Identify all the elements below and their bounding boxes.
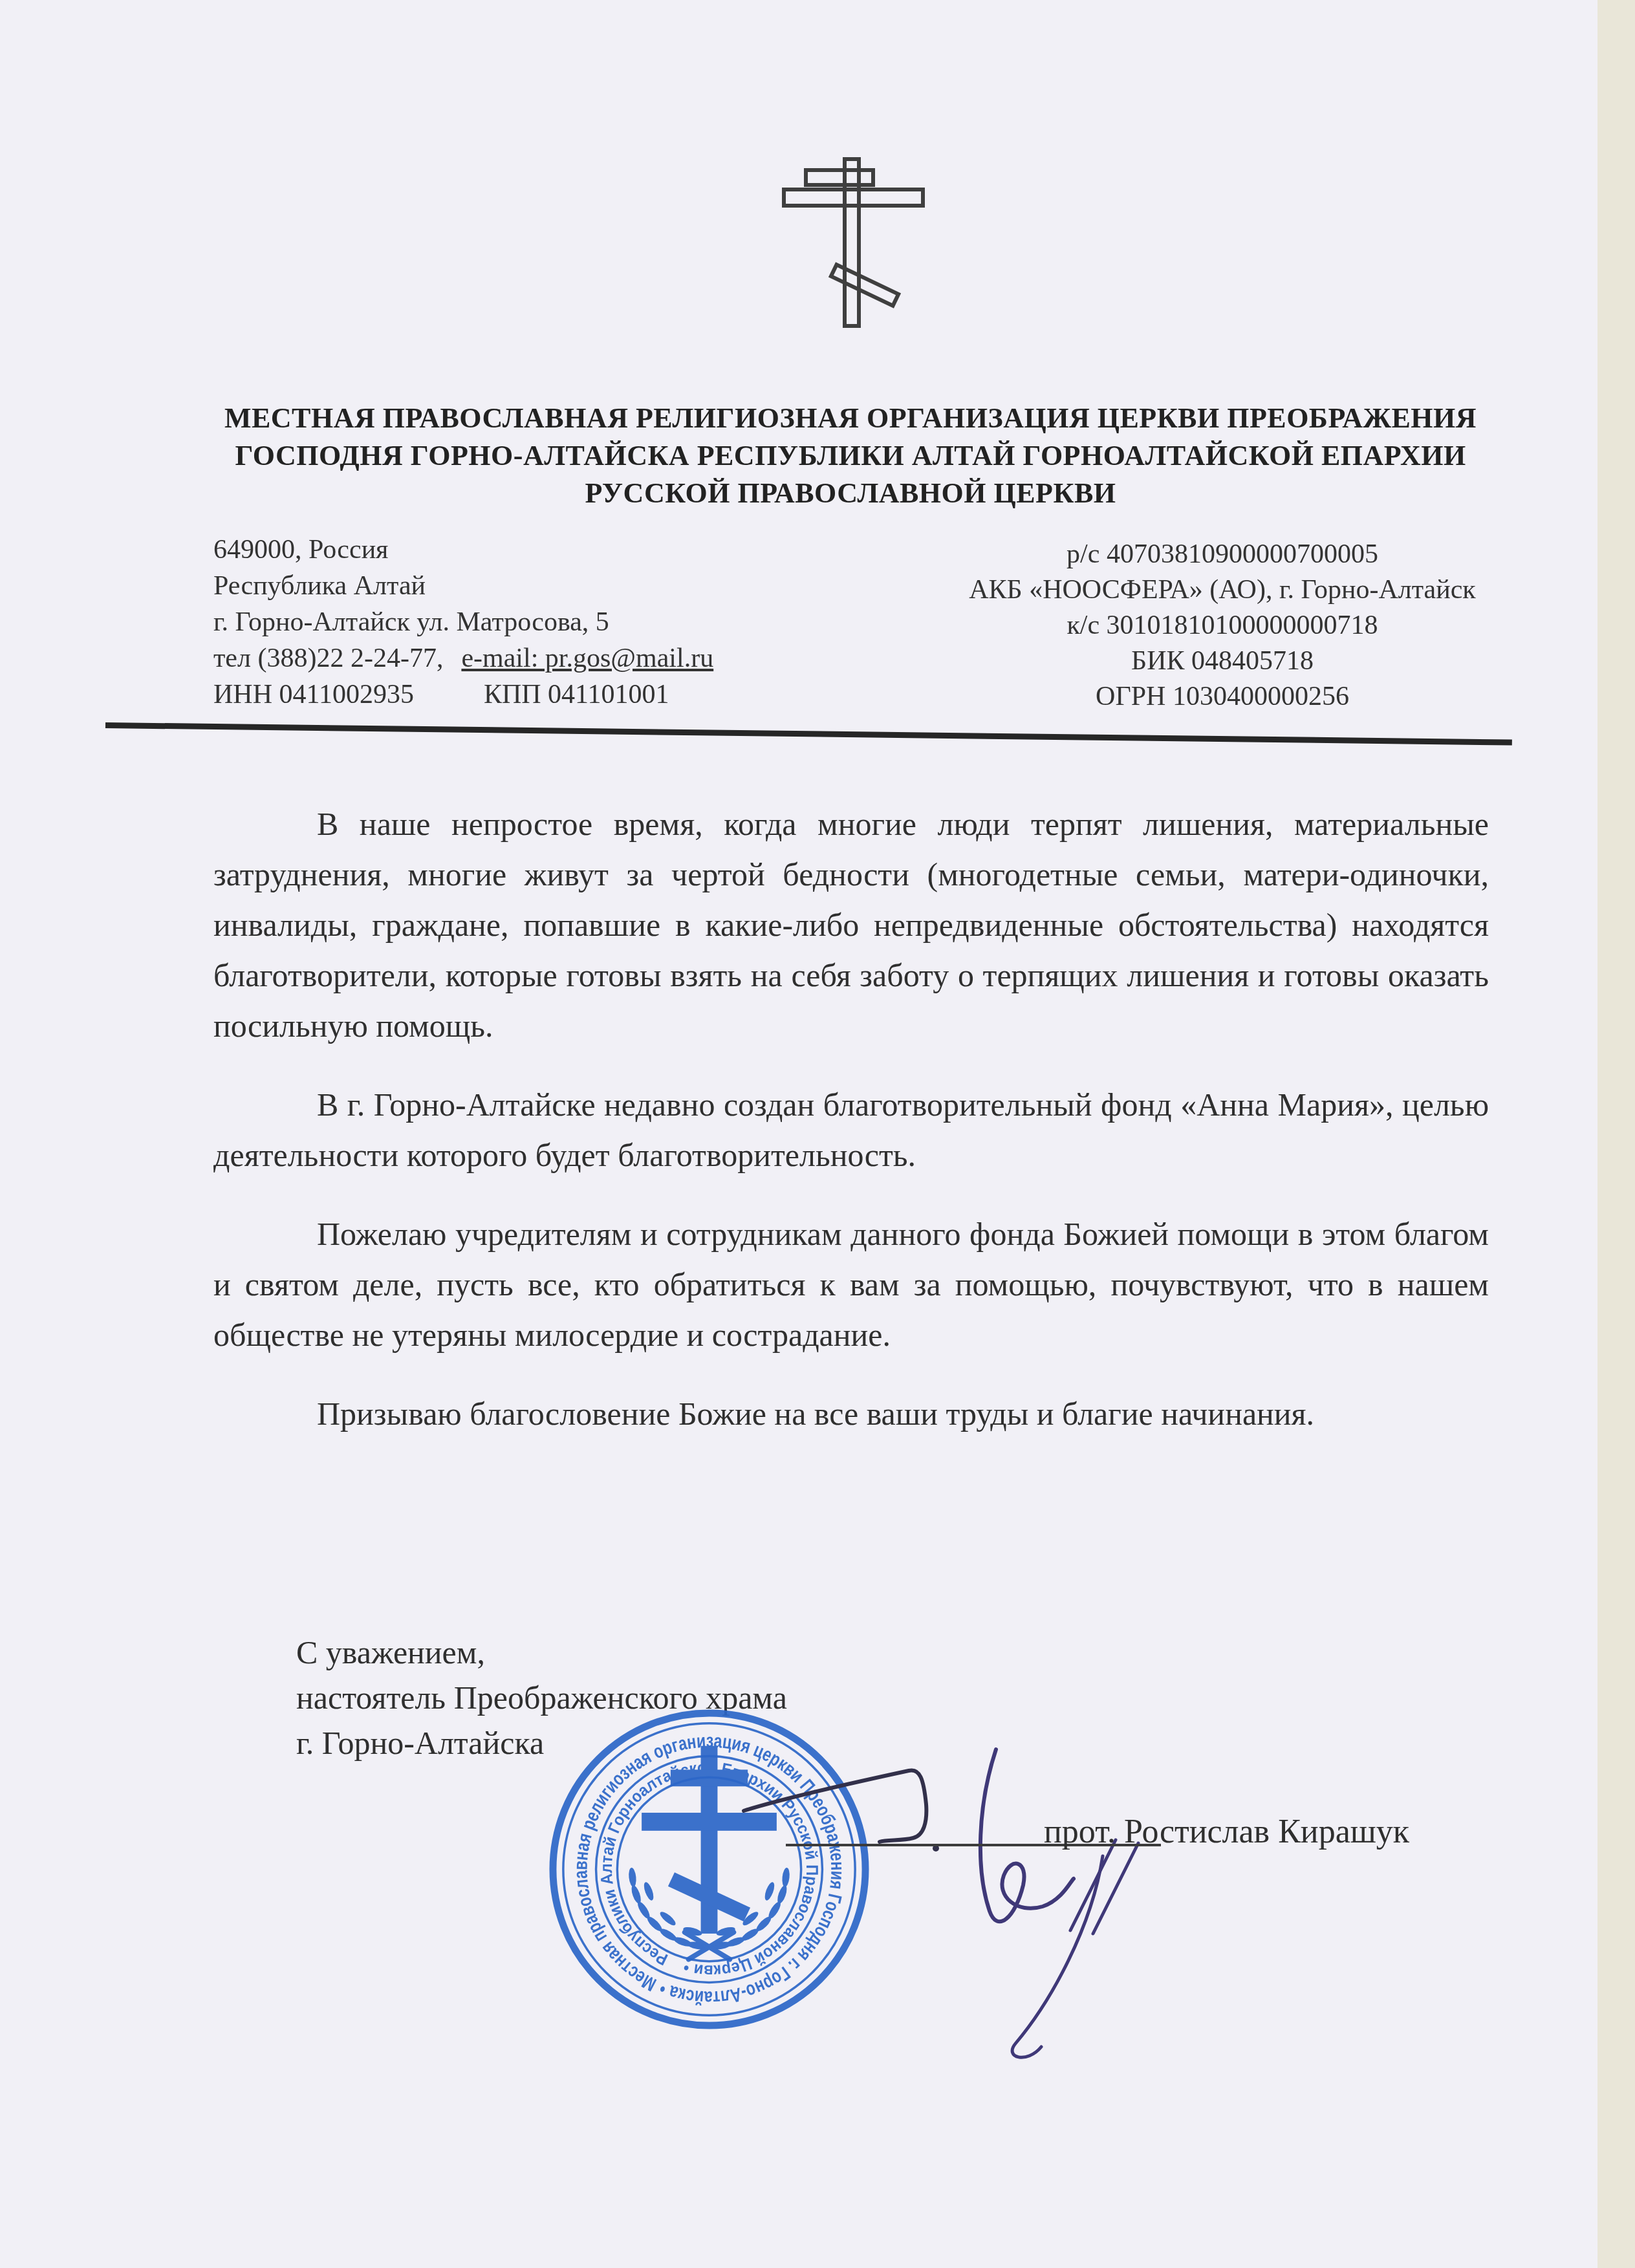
postal-code-line: 649000, Россия xyxy=(213,532,713,568)
org-title-line-1: МЕСТНАЯ ПРАВОСЛАВНАЯ РЕЛИГИОЗНАЯ ОРГАНИЗ… xyxy=(129,400,1572,437)
kpp-text: КПП 041101001 xyxy=(484,676,669,713)
address-line: г. Горно-Алтайск ул. Матросова, 5 xyxy=(213,604,713,640)
body-paragraph-3: Пожелаю учредителям и сотрудникам данног… xyxy=(213,1209,1489,1360)
region-line: Республика Алтай xyxy=(213,568,713,604)
organization-title: МЕСТНАЯ ПРАВОСЛАВНАЯ РЕЛИГИОЗНАЯ ОРГАНИЗ… xyxy=(129,400,1572,512)
inn-text: ИНН 0411002935 xyxy=(213,680,414,709)
letterhead-divider-rule xyxy=(105,722,1512,746)
scanner-edge-strip xyxy=(1597,0,1635,2268)
scanned-letter-page: МЕСТНАЯ ПРАВОСЛАВНАЯ РЕЛИГИОЗНАЯ ОРГАНИЗ… xyxy=(0,0,1635,2268)
org-title-line-3: РУССКОЙ ПРАВОСЛАВНОЙ ЦЕРКВИ xyxy=(129,475,1572,512)
bank-details-block: р/с 40703810900000700005 АКБ «НООСФЕРА» … xyxy=(938,537,1507,715)
settlement-account-line: р/с 40703810900000700005 xyxy=(938,537,1507,572)
body-paragraph-1: В наше непростое время, когда многие люд… xyxy=(213,799,1489,1051)
phone-text: тел (388)22 2-24-77, xyxy=(213,643,443,673)
ogrn-line: ОГРН 1030400000256 xyxy=(938,679,1507,715)
phone-email-line: тел (388)22 2-24-77,e-mail: pr.gos@mail.… xyxy=(213,640,713,676)
bank-name-line: АКБ «НООСФЕРА» (АО), г. Горно-Алтайск xyxy=(938,572,1507,608)
orthodox-cross-icon xyxy=(779,157,932,332)
org-title-line-2: ГОСПОДНЯ ГОРНО-АЛТАЙСКА РЕСПУБЛИКИ АЛТАЙ… xyxy=(129,437,1572,475)
signer-name: прот. Ростислав Кирашук xyxy=(1044,1813,1409,1851)
bik-line: БИК 048405718 xyxy=(938,643,1507,679)
handwritten-signature xyxy=(679,1720,1229,2108)
contact-block: 649000, Россия Республика Алтай г. Горно… xyxy=(213,532,713,713)
closing-line-1: С уважением, xyxy=(296,1630,787,1675)
corr-account-line: к/с 30101810100000000718 xyxy=(938,608,1507,643)
email-text: e-mail: pr.gos@mail.ru xyxy=(461,640,713,676)
body-paragraph-2: В г. Горно-Алтайске недавно создан благо… xyxy=(213,1079,1489,1180)
body-paragraph-4: Призываю благословение Божие на все ваши… xyxy=(213,1388,1489,1439)
letter-body: В наше непростое время, когда многие люд… xyxy=(213,799,1489,1467)
inn-kpp-line: ИНН 0411002935КПП 041101001 xyxy=(213,676,713,713)
